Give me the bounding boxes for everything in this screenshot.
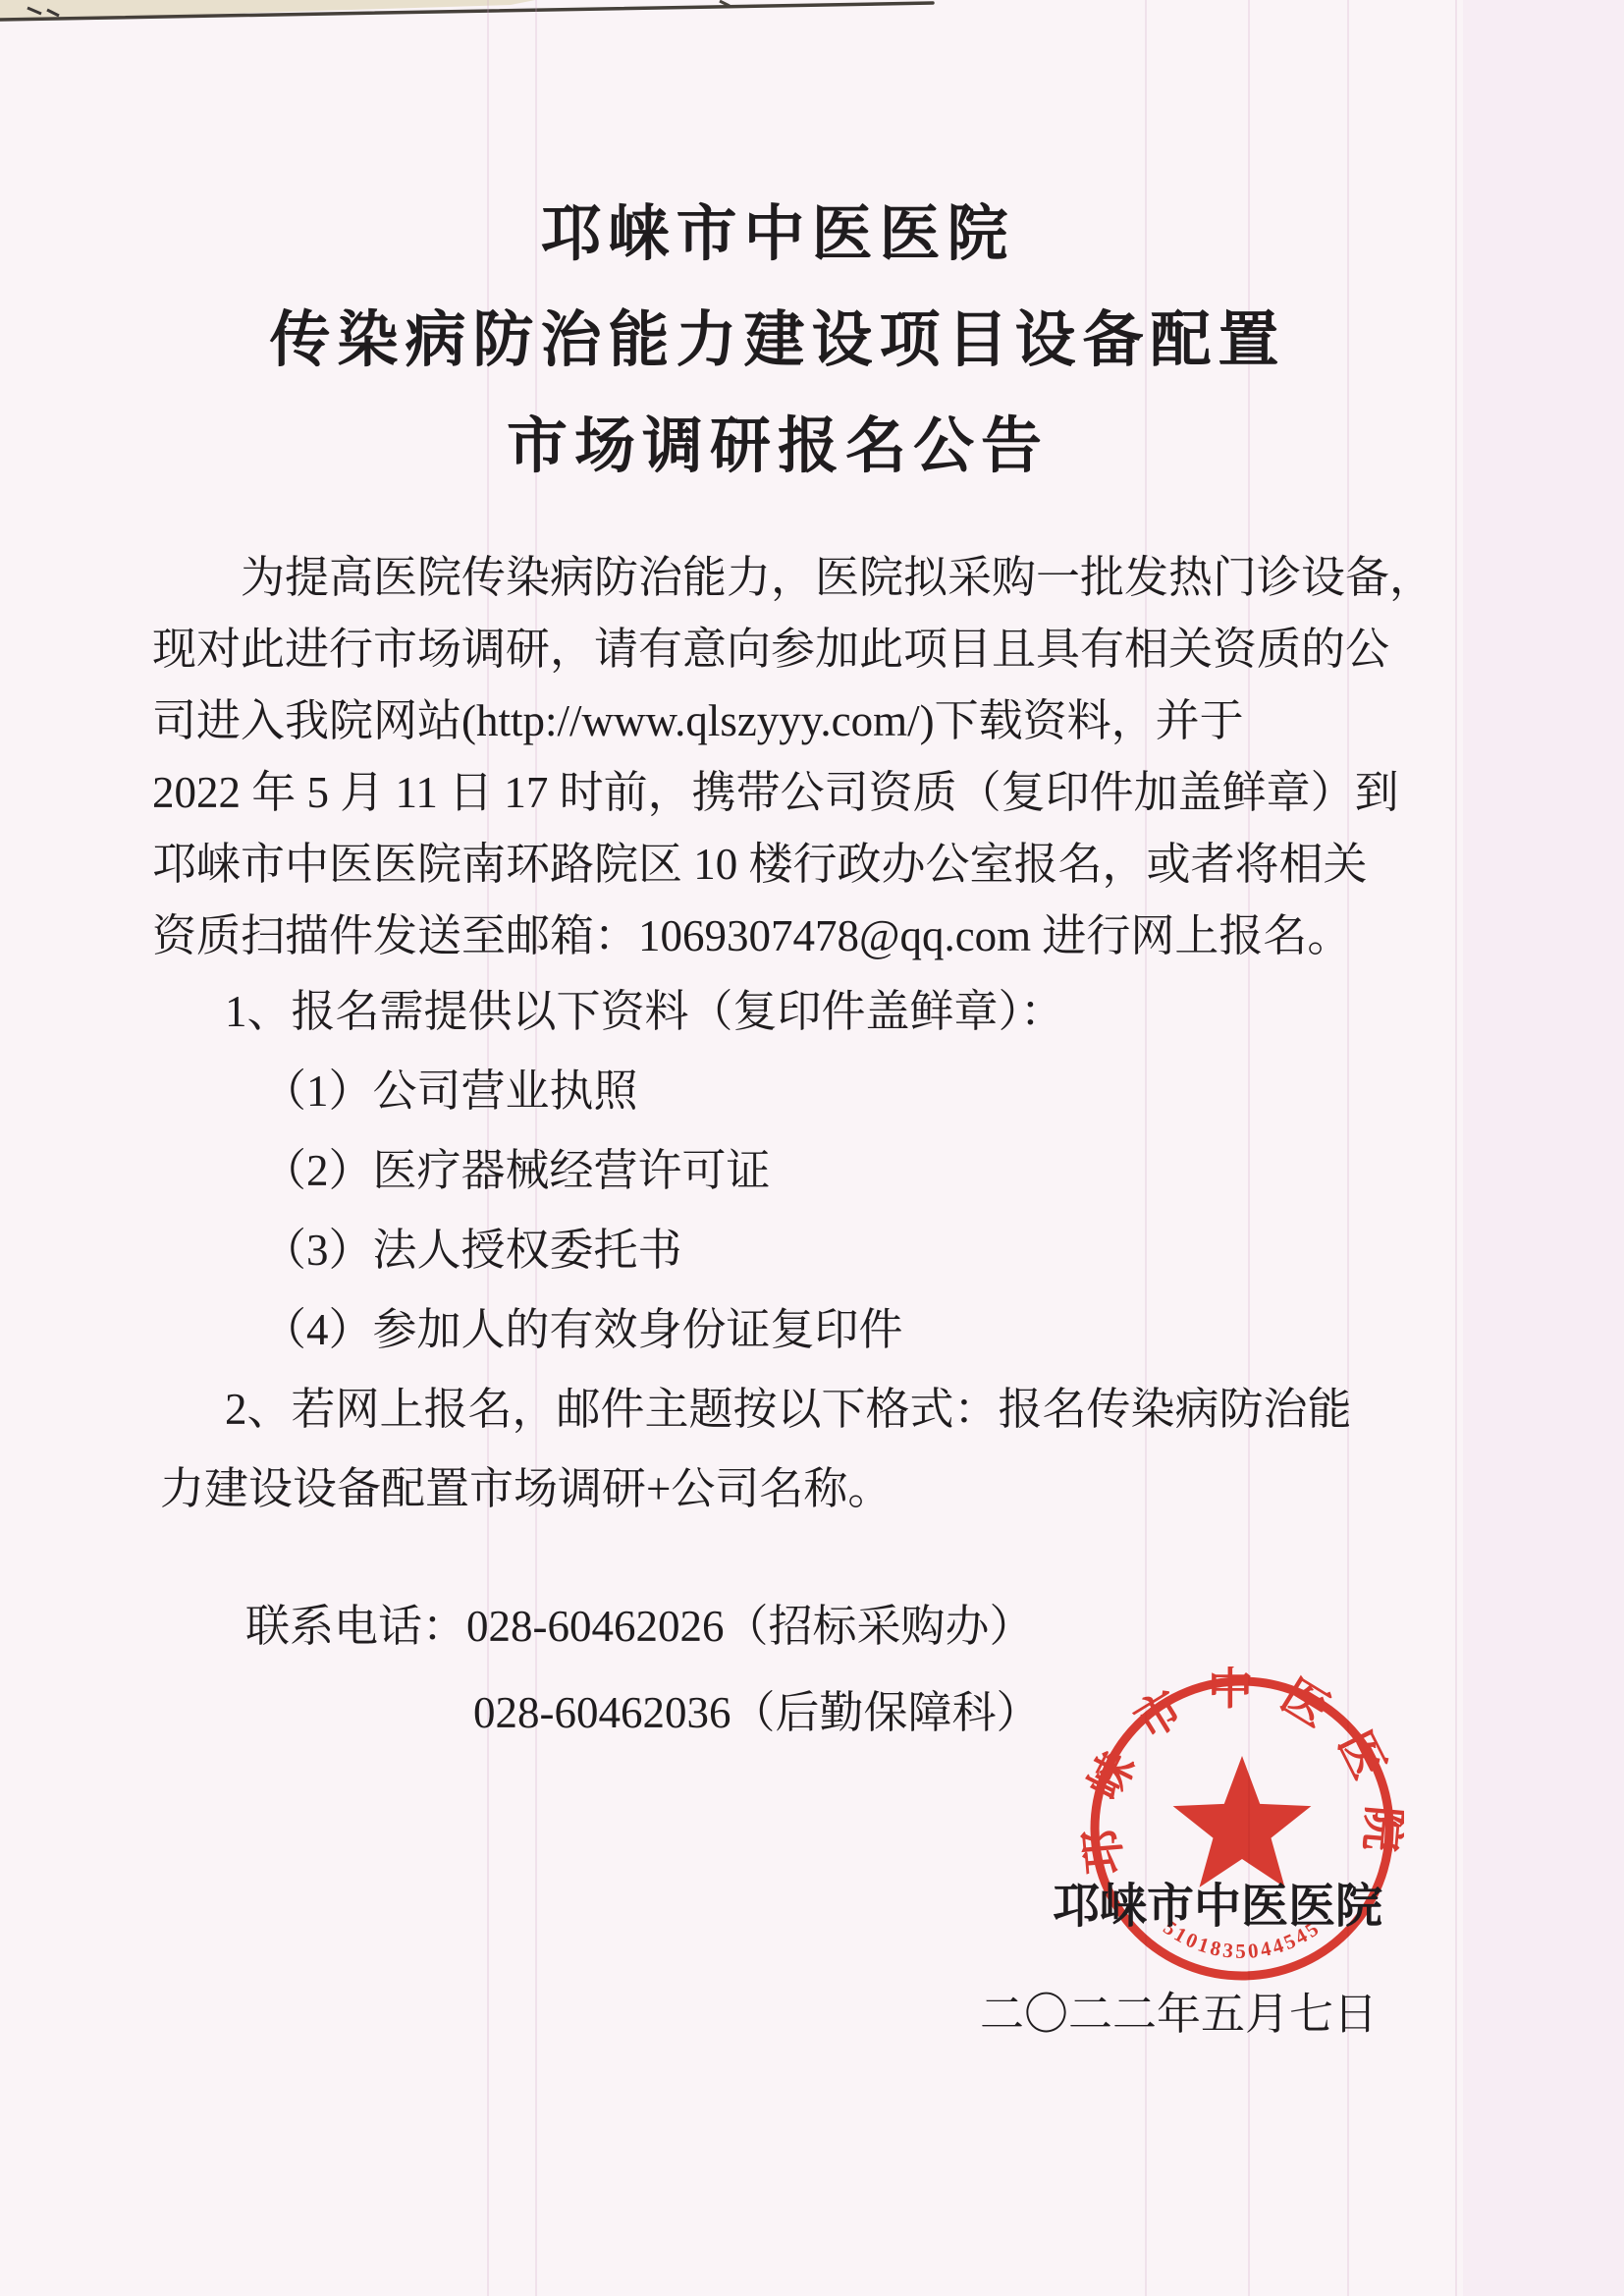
paragraph-line-6: 资质扫描件发送至邮箱：1069307478@qq.com 进行网上报名。 [152,901,1458,972]
list-item-2: （2）医疗器械经营许可证 [152,1131,1458,1211]
list-header: 1、报名需提供以下资料（复印件盖鲜章）： [152,972,1458,1052]
contact-phone-2: 028-60462036（后勤保障科） [245,1669,1041,1756]
scan-speck-left [27,8,59,16]
scan-paper-edge [0,0,535,21]
contact-phone-1: 联系电话：028-60462026（招标采购办） [245,1583,1041,1669]
document-body: 为提高医院传染病防治能力，医院拟采购一批发热门诊设备， 现对此进行市场调研，请有… [152,542,1458,1529]
scan-speck-middle [720,1,730,6]
scan-shadow-line [0,3,933,20]
item2-line-1: 2、若网上报名，邮件主题按以下格式：报名传染病防治能 [152,1370,1458,1449]
item2-line-2: 力建设设备配置市场调研+公司名称。 [152,1449,1458,1529]
title-line-3: 市场调研报名公告 [0,394,1555,500]
list-item-3: （3）法人授权委托书 [152,1211,1458,1290]
date-line: 二〇二二年五月七日 [980,1978,1378,2042]
paragraph-line-4: 2022 年 5 月 11 日 17 时前，携带公司资质（复印件加盖鲜章）到 [152,757,1458,829]
list-item-1: （1）公司营业执照 [152,1052,1458,1131]
hospital-seal-stamp: 邛崃市中医医院 5101835044545 [1080,1667,1404,1991]
title-line-2: 传染病防治能力建设项目设备配置 [0,288,1555,394]
signature-hospital-name: 邛崃市中医医院 [1053,1868,1382,1936]
paragraph-line-1: 为提高医院传染病防治能力，医院拟采购一批发热门诊设备， [152,542,1458,614]
document-page: 邛崃市中医医院 传染病防治能力建设项目设备配置 市场调研报名公告 为提高医院传染… [0,0,1624,2296]
list-item-4: （4）参加人的有效身份证复印件 [152,1290,1458,1370]
paragraph-line-3: 司进入我院网站(http://www.qlszyyy.com/)下载资料，并于 [152,685,1458,757]
document-title: 邛崃市中医医院 传染病防治能力建设项目设备配置 市场调研报名公告 [0,182,1555,500]
title-line-1: 邛崃市中医医院 [0,182,1555,288]
paragraph-line-2: 现对此进行市场调研，请有意向参加此项目且具有相关资质的公 [152,614,1458,685]
paragraph-line-5: 邛崃市中医医院南环路院区 10 楼行政办公室报名，或者将相关 [152,829,1458,901]
contact-info: 联系电话：028-60462026（招标采购办） 028-60462036（后勤… [245,1583,1041,1756]
scan-edge-artifact [0,0,1624,59]
